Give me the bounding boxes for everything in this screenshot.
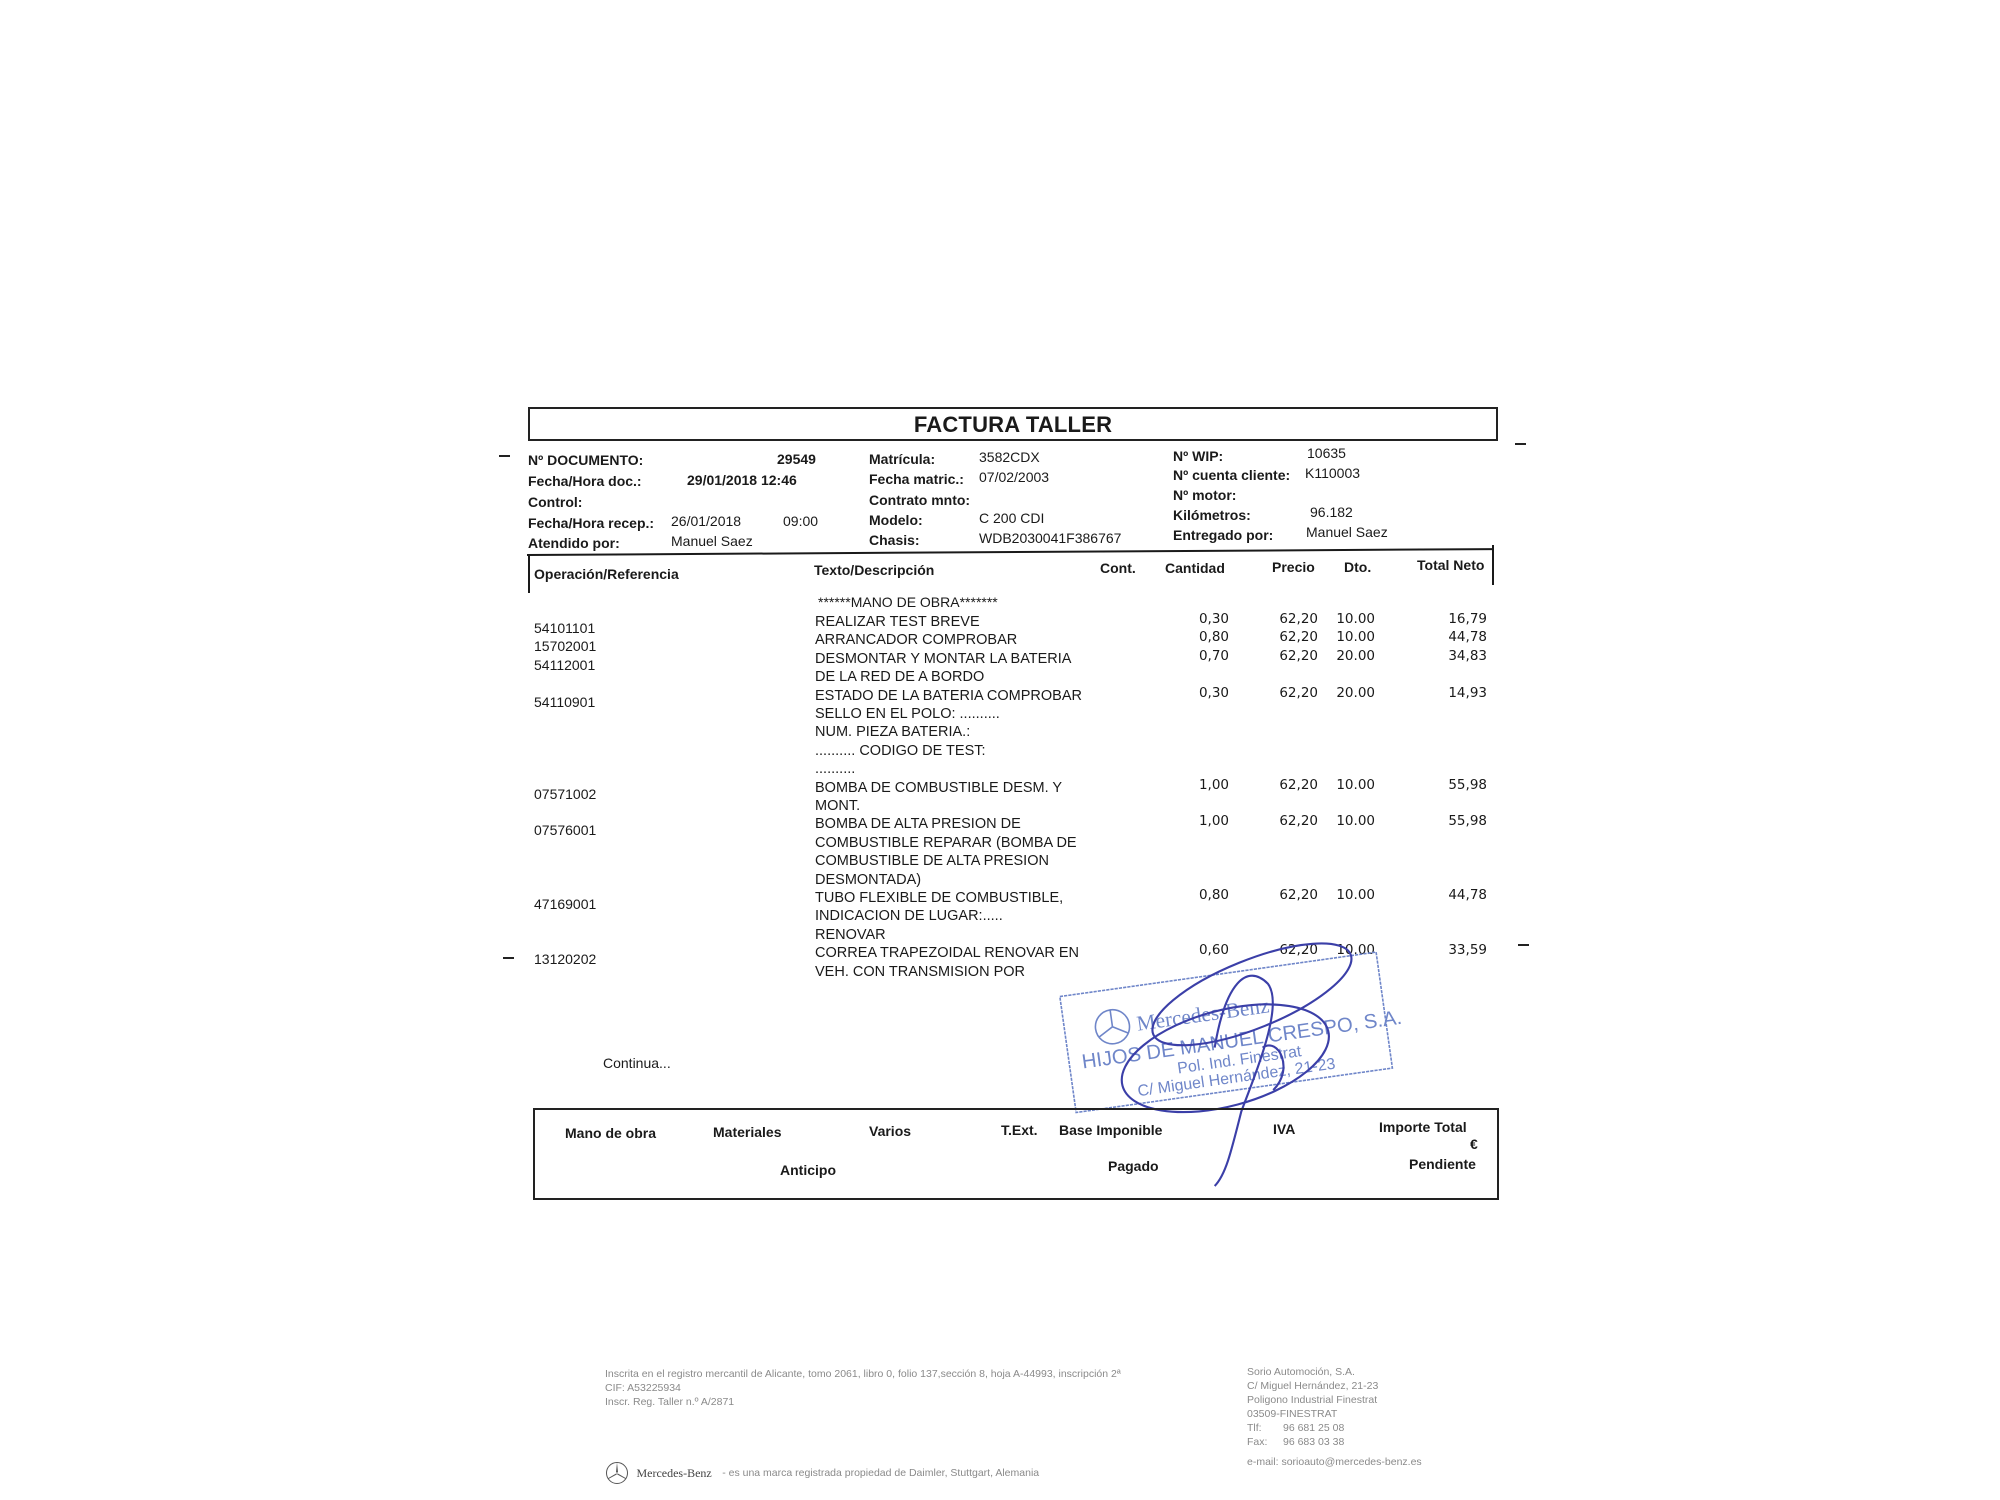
footer-cif: CIF: A53225934: [605, 1381, 1121, 1395]
table-right-rule: [1492, 545, 1494, 585]
row-description: ESTADO DE LA BATERIA COMPROBARSELLO EN E…: [815, 687, 1082, 779]
contract-label: Contrato mnto:: [869, 492, 970, 508]
row-description: TUBO FLEXIBLE DE COMBUSTIBLE,INDICACION …: [815, 889, 1063, 944]
footer-legal: Inscrita en el registro mercantil de Ali…: [605, 1367, 1121, 1409]
plate-label: Matrícula:: [869, 451, 935, 467]
col-price: Precio: [1272, 559, 1315, 575]
description-line: INDICACION DE LUGAR:.....: [815, 907, 1063, 925]
col-discount: Dto.: [1344, 559, 1371, 575]
row-total: 55,98: [1417, 777, 1487, 793]
km-label: Kilómetros:: [1173, 507, 1251, 523]
attended-by-label: Atendido por:: [528, 535, 620, 551]
company-stamp: Mercedes-Benz HIJOS DE MANUEL CRESPO, S.…: [1055, 905, 1385, 1105]
description-line: .......... CODIGO DE TEST:: [815, 742, 1082, 760]
col-description: Texto/Descripción: [814, 562, 934, 578]
client-account-label: Nº cuenta cliente:: [1173, 467, 1290, 483]
title-box: FACTURA TALLER: [528, 407, 1498, 441]
col-cont: Cont.: [1100, 560, 1136, 576]
col-reference: Operación/Referencia: [534, 566, 679, 582]
km-value: 96.182: [1310, 504, 1353, 520]
row-total: 55,98: [1417, 813, 1487, 829]
wip-label: Nº WIP:: [1173, 448, 1223, 464]
row-qty: 0,70: [1159, 648, 1229, 664]
description-line: CORREA TRAPEZOIDAL RENOVAR EN: [815, 944, 1079, 962]
footer-workshop-reg: Inscr. Reg. Taller n.º A/2871: [605, 1395, 1121, 1409]
row-qty: 0,30: [1159, 611, 1229, 627]
row-qty: 0,80: [1159, 629, 1229, 645]
description-line: ARRANCADOR COMPROBAR: [815, 631, 1017, 649]
delivered-by-label: Entregado por:: [1173, 527, 1273, 543]
row-reference: 54101101: [534, 620, 595, 636]
col-total: Total Neto: [1417, 557, 1484, 573]
registration-date-value: 07/02/2003: [979, 469, 1049, 485]
doc-number-value: 29549: [777, 451, 816, 467]
row-reference: 07571002: [534, 786, 596, 802]
table-top-rule: [527, 548, 1494, 556]
description-line: RENOVAR: [815, 926, 1063, 944]
totals-misc: Varios: [869, 1123, 911, 1139]
totals-vat: IVA: [1273, 1121, 1295, 1137]
reception-date-value: 26/01/2018: [671, 513, 741, 529]
model-label: Modelo:: [869, 512, 923, 528]
row-dto: 10.00: [1305, 611, 1375, 627]
totals-paid: Pagado: [1108, 1158, 1159, 1174]
table-left-rule: [528, 555, 530, 593]
footer-brand: Mercedes-Benz - es una marca registrada …: [605, 1461, 1039, 1485]
chassis-value: WDB2030041F386767: [979, 530, 1121, 546]
footer-company-street: C/ Miguel Hernández, 21-23: [1247, 1379, 1422, 1393]
totals-pending: Pendiente: [1409, 1156, 1476, 1172]
footer-company-city: 03509-FINESTRAT: [1247, 1407, 1422, 1421]
doc-number-label: Nº DOCUMENTO:: [528, 452, 643, 468]
description-line: TUBO FLEXIBLE DE COMBUSTIBLE,: [815, 889, 1063, 907]
document-title: FACTURA TALLER: [530, 412, 1496, 438]
row-dto: 20.00: [1305, 648, 1375, 664]
email-link[interactable]: sorioauto@mercedes-benz.es: [1281, 1456, 1421, 1468]
row-qty: 0,80: [1159, 887, 1229, 903]
model-value: C 200 CDI: [979, 510, 1044, 526]
totals-taxable-base: Base Imponible: [1059, 1122, 1162, 1138]
row-qty: 1,00: [1159, 777, 1229, 793]
totals-labor: Mano de obra: [565, 1125, 656, 1141]
doc-date-label: Fecha/Hora doc.:: [528, 473, 642, 489]
row-reference: 13120202: [534, 951, 596, 967]
row-total: 33,59: [1417, 942, 1487, 958]
footer-email: e-mail: sorioauto@mercedes-benz.es: [1247, 1455, 1422, 1469]
delivered-by-value: Manuel Saez: [1306, 524, 1388, 540]
row-reference: 07576001: [534, 822, 596, 838]
description-line: DESMONTAR Y MONTAR LA BATERIA: [815, 650, 1071, 668]
totals-materials: Materiales: [713, 1124, 781, 1140]
footer-brand-note: - es una marca registrada propiedad de D…: [722, 1467, 1039, 1479]
description-line: DE LA RED DE A BORDO: [815, 668, 1071, 686]
row-description: BOMBA DE ALTA PRESION DECOMBUSTIBLE REPA…: [815, 815, 1077, 889]
totals-text: T.Ext.: [1001, 1122, 1038, 1138]
registration-mark: [1515, 443, 1526, 445]
row-qty: 0,30: [1159, 685, 1229, 701]
doc-date-value: 29/01/2018 12:46: [687, 472, 797, 488]
description-line: SELLO EN EL POLO: ..........: [815, 705, 1082, 723]
row-description: REALIZAR TEST BREVE: [815, 613, 980, 631]
row-description: CORREA TRAPEZOIDAL RENOVAR ENVEH. CON TR…: [815, 944, 1079, 981]
row-reference: 54110901: [534, 694, 595, 710]
row-total: 44,78: [1417, 629, 1487, 645]
row-qty: 1,00: [1159, 813, 1229, 829]
row-reference: 15702001: [534, 638, 596, 654]
description-line: REALIZAR TEST BREVE: [815, 613, 980, 631]
totals-grand-total: Importe Total: [1379, 1119, 1467, 1135]
row-total: 16,79: [1417, 611, 1487, 627]
description-line: DESMONTADA): [815, 871, 1077, 889]
row-reference: 47169001: [534, 896, 596, 912]
registration-mark: [1518, 944, 1529, 946]
row-dto: 10.00: [1305, 629, 1375, 645]
footer-company-name: Sorio Automoción, S.A.: [1247, 1365, 1422, 1379]
footer-brand-name: Mercedes-Benz: [636, 1466, 711, 1480]
row-description: ARRANCADOR COMPROBAR: [815, 631, 1017, 649]
description-line: BOMBA DE ALTA PRESION DE: [815, 815, 1077, 833]
row-description: DESMONTAR Y MONTAR LA BATERIADE LA RED D…: [815, 650, 1071, 687]
footer-fax: Fax:96 683 03 38: [1247, 1435, 1422, 1449]
row-dto: 10.00: [1305, 813, 1375, 829]
control-label: Control:: [528, 494, 582, 510]
row-description: BOMBA DE COMBUSTIBLE DESM. YMONT.: [815, 779, 1062, 816]
wip-value: 10635: [1307, 445, 1346, 461]
description-line: ..........: [815, 760, 1082, 778]
col-quantity: Cantidad: [1165, 560, 1225, 576]
section-label: ******MANO DE OBRA*******: [818, 594, 998, 610]
row-total: 34,83: [1417, 648, 1487, 664]
row-dto: 10.00: [1305, 887, 1375, 903]
registration-date-label: Fecha matric.:: [869, 471, 964, 487]
reception-date-label: Fecha/Hora recep.:: [528, 515, 654, 531]
description-line: COMBUSTIBLE REPARAR (BOMBA DE: [815, 834, 1077, 852]
chassis-label: Chasis:: [869, 532, 920, 548]
description-line: COMBUSTIBLE DE ALTA PRESION: [815, 852, 1077, 870]
description-line: MONT.: [815, 797, 1062, 815]
description-line: VEH. CON TRANSMISION POR: [815, 963, 1079, 981]
plate-value: 3582CDX: [979, 449, 1040, 465]
client-account-value: K110003: [1305, 465, 1360, 481]
totals-currency: €: [1470, 1136, 1478, 1152]
row-reference: 54112001: [534, 657, 595, 673]
reception-time-value: 09:00: [783, 513, 818, 529]
continued-note: Continua...: [603, 1055, 671, 1071]
row-dto: 10.00: [1305, 777, 1375, 793]
footer-phone: Tlf:96 681 25 08: [1247, 1421, 1422, 1435]
engine-label: Nº motor:: [1173, 487, 1236, 503]
registration-mark: [499, 455, 510, 457]
row-dto: 20.00: [1305, 685, 1375, 701]
footer-company-area: Poligono Industrial Finestrat: [1247, 1393, 1422, 1407]
footer-company: Sorio Automoción, S.A. C/ Miguel Hernánd…: [1247, 1365, 1422, 1469]
footer-legal-line: Inscrita en el registro mercantil de Ali…: [605, 1367, 1121, 1381]
totals-box: Mano de obra Materiales Varios T.Ext. Ba…: [533, 1108, 1499, 1200]
mercedes-star-icon: [605, 1461, 629, 1485]
description-line: NUM. PIEZA BATERIA.:: [815, 723, 1082, 741]
row-total: 14,93: [1417, 685, 1487, 701]
description-line: BOMBA DE COMBUSTIBLE DESM. Y: [815, 779, 1062, 797]
row-total: 44,78: [1417, 887, 1487, 903]
attended-by-value: Manuel Saez: [671, 533, 753, 549]
totals-advance: Anticipo: [780, 1162, 836, 1178]
registration-mark: [503, 957, 514, 959]
description-line: ESTADO DE LA BATERIA COMPROBAR: [815, 687, 1082, 705]
